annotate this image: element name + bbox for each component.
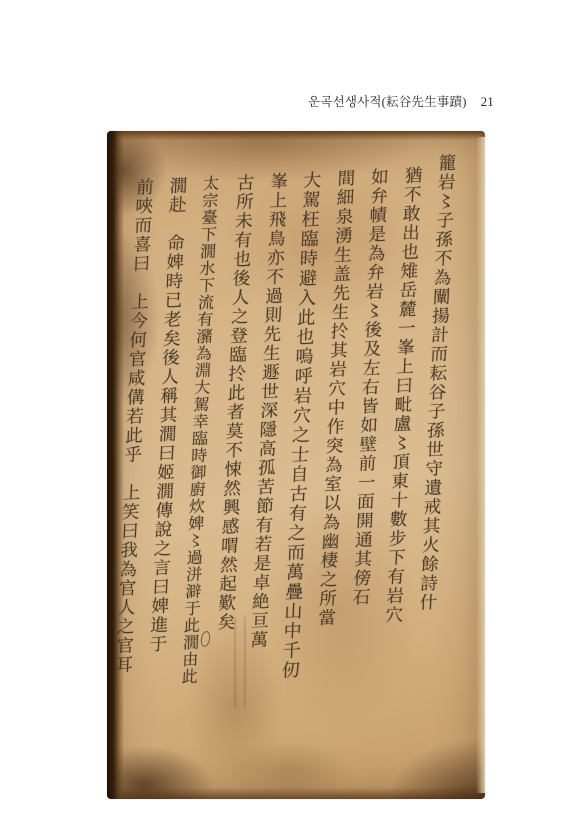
page-number: 21 [481, 94, 494, 109]
running-header: 운곡선생사적(耘谷先生事蹟)21 [308, 92, 494, 110]
photo-edge-bottom [107, 787, 485, 799]
photo-edge-top [107, 131, 485, 140]
book-title: 운곡선생사적(耘谷先生事蹟) [308, 95, 467, 109]
manuscript-text-columns: 籠岩〻子孫不為闡揚計而耘谷子孫世守遺戒其火餘詩什猶不敢出也雉岳麓一峯上曰毗盧〻頂… [98, 164, 462, 724]
scanned-book-page: { "header": { "title": "운곡선생사적(耘谷先生事蹟)",… [0, 0, 586, 830]
manuscript-photo: 籠岩〻子孫不為闡揚計而耘谷子孫世守遺戒其火餘詩什猶不敢出也雉岳麓一峯上曰毗盧〻頂… [107, 131, 485, 799]
photo-edge-right [476, 137, 485, 793]
